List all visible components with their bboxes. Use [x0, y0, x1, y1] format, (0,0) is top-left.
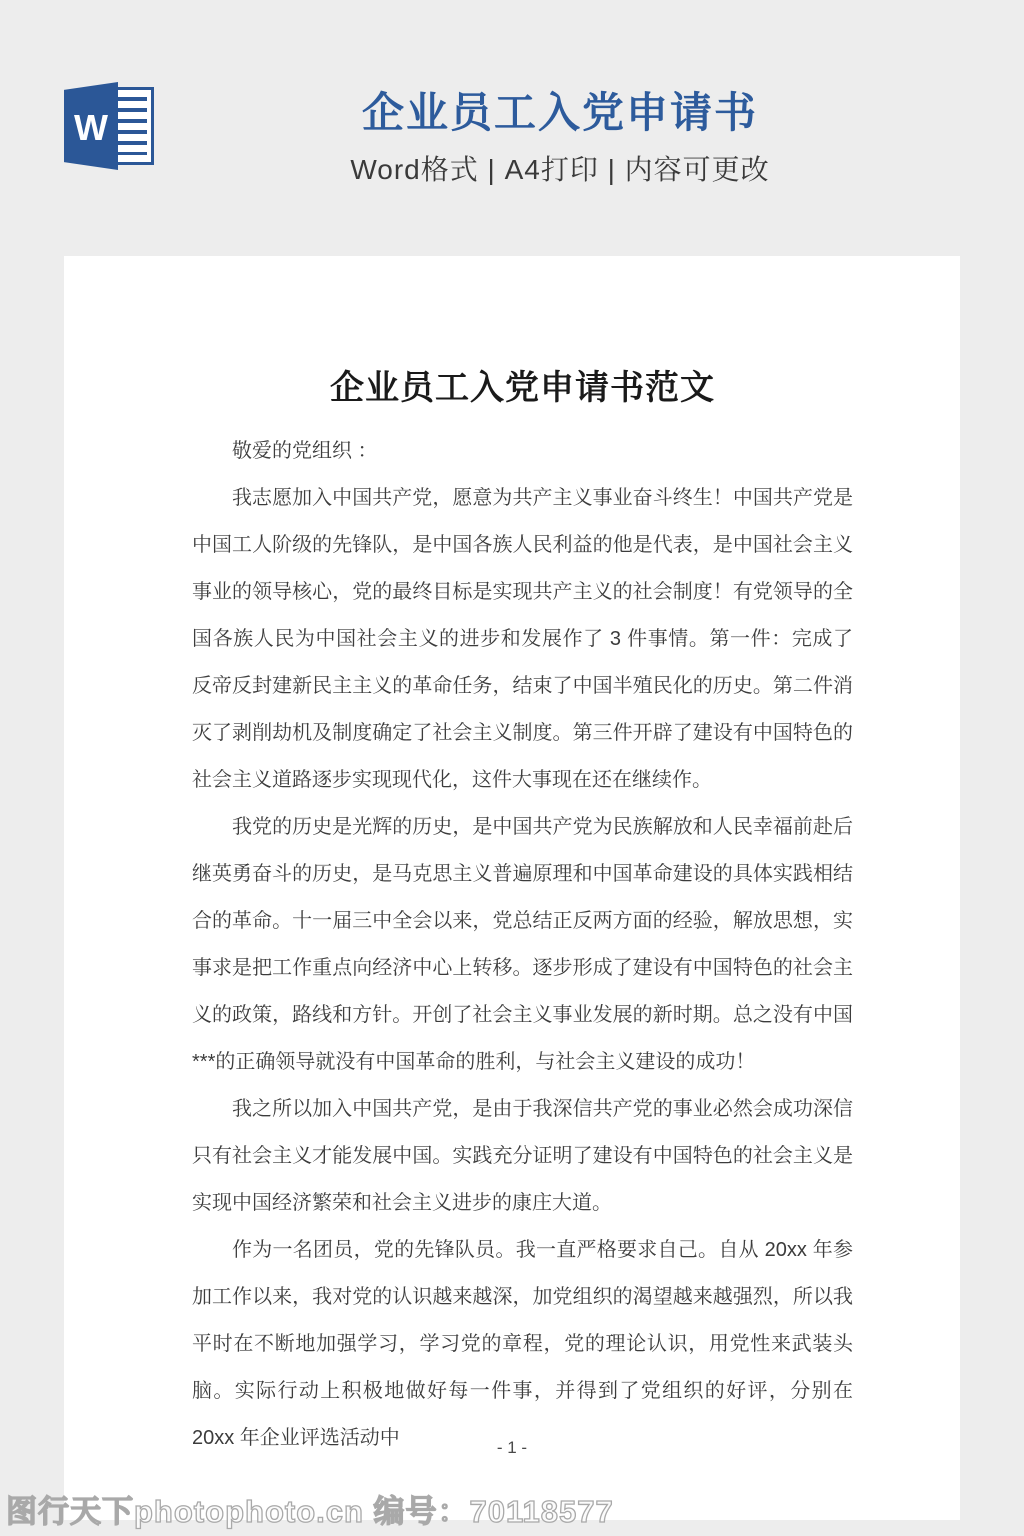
document-page: 企业员工入党申请书范文 敬爱的党组织 ： 我志愿加入中国共产党，愿意为共产主义事… — [64, 256, 960, 1520]
document-title: 企业员工入党申请书范文 — [192, 366, 853, 410]
header-text-block: 企业员工入党申请书 Word格式 | A4打印 | 内容可更改 — [0, 90, 1024, 188]
salutation: 敬爱的党组织 ： — [192, 428, 853, 475]
page-number: - 1 - — [64, 1438, 960, 1458]
paragraph: 作为一名团员，党的先锋队员。我一直严格要求自己。自从 20xx 年参加工作以来，… — [192, 1227, 853, 1462]
paragraph: 我志愿加入中国共产党，愿意为共产主义事业奋斗终生！中国共产党是中国工人阶级的先锋… — [192, 475, 853, 804]
template-title: 企业员工入党申请书 — [96, 90, 1024, 136]
site-watermark: 图行天下photophoto.cn 编号：70118577 — [6, 1486, 614, 1531]
template-subtitle: Word格式 | A4打印 | 内容可更改 — [96, 148, 1024, 188]
paragraph: 我之所以加入中国共产党，是由于我深信共产党的事业必然会成功深信只有社会主义才能发… — [192, 1086, 853, 1227]
template-header: W 企业员工入党申请书 Word格式 | A4打印 | 内容可更改 — [0, 0, 1024, 256]
paragraph: 我党的历史是光辉的历史，是中国共产党为民族解放和人民幸福前赴后继英勇奋斗的历史，… — [192, 804, 853, 1086]
document-body: 敬爱的党组织 ： 我志愿加入中国共产党，愿意为共产主义事业奋斗终生！中国共产党是… — [192, 428, 853, 1462]
